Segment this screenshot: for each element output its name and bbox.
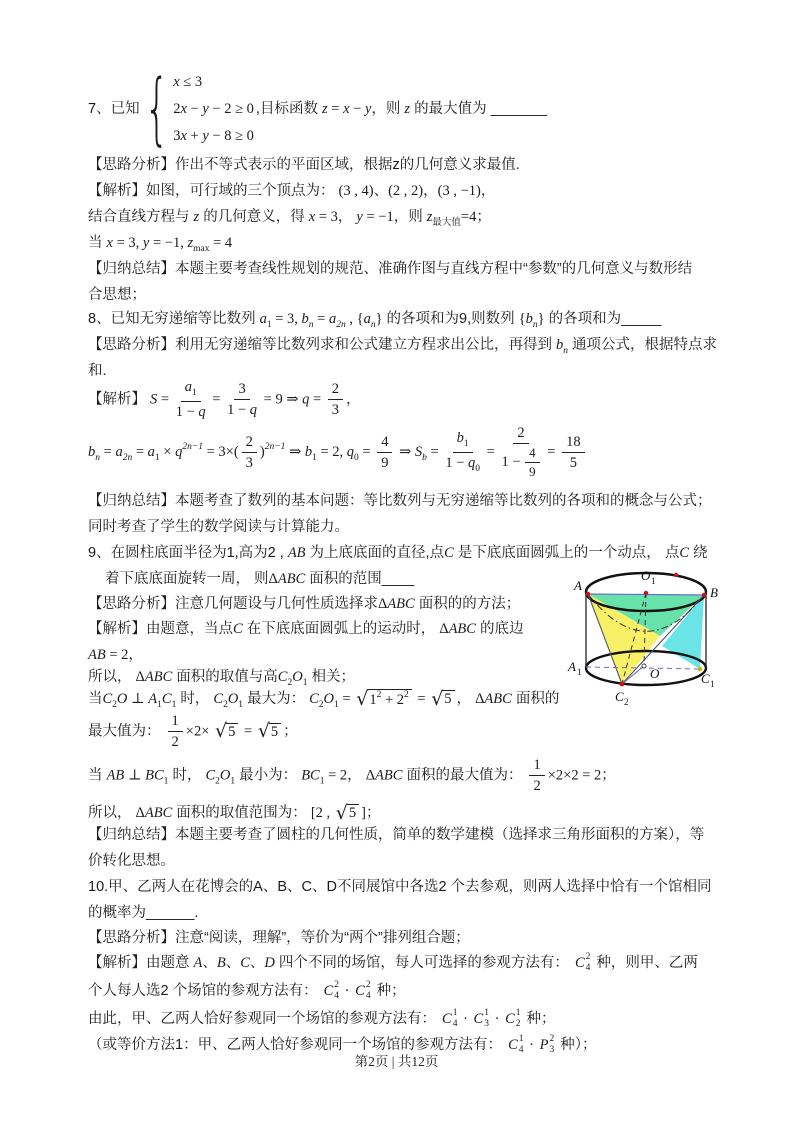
document-page: 7、已知{x ≤ 32x − y − 2 ≥ 03x + y − 8 ≥ 0,目…	[0, 0, 793, 1122]
q10-analysis: 【思路分析】注意“阅读，理解”，等价为“两个”排列组合题；	[88, 925, 470, 951]
label-b: B	[710, 585, 718, 600]
label-c1: C	[701, 671, 710, 686]
q9-analysis: 【思路分析】注意几何题设与几何性质选择求ΔABC 面积的的方法；	[88, 591, 520, 617]
dot-c2	[620, 682, 625, 687]
dot-a	[586, 592, 590, 596]
label-o1: O	[641, 568, 651, 583]
q7-summary-2: 合思想；	[88, 282, 146, 308]
q10-solution-1: 【解析】由题意 A、B、C、D 四个不同的场馆，每人可选择的参观方法有： C24…	[88, 950, 698, 976]
label-c1-sub: 1	[710, 679, 715, 689]
q8-analysis-1: 【思路分析】利用无穷递缩等比数列求和公式建立方程求出公比，再得到 bn 通项公式…	[88, 332, 717, 364]
q10-problem-1: 10.甲、乙两人在花博会的A、B、C、D不同展馆中各选2 个去参观，则两人选择中…	[88, 874, 712, 900]
page-footer: 第2页 | 共12页	[0, 1050, 793, 1070]
q8-summary-2: 同时考查了学生的数学阅读与计算能力。	[88, 514, 349, 540]
dot-b	[702, 593, 706, 597]
q7-solution-1: 【解析】如图，可行域的三个顶点为： (3 , 4)、(2 , 2)，(3 , −…	[88, 178, 495, 204]
q9-solution-1: 【解析】由题意，当点C 在下底底面圆弧上的运动时， ΔABC 的底边	[88, 616, 523, 642]
q9-problem-2: 着下底底面旋转一周， 则ΔABC 面积的范围____	[105, 566, 414, 592]
q9-solution-5: 最大值为： 12×2× √5 = √5；	[88, 712, 298, 751]
q8-solution-1: 【解析】 S = a11 − q = 31 − q = 9 ⇒ q = 23，	[88, 378, 361, 421]
label-a: A	[573, 578, 582, 593]
cylinder-figure-svg: A O 1 B A 1 O C 1 C 2	[558, 564, 793, 719]
q7-problem: 7、已知{x ≤ 32x − y − 2 ≥ 03x + y − 8 ≥ 0,目…	[88, 70, 547, 148]
q9-solution-6: 当 AB ⊥ BC1 时， C2O1 最小为： BC1 = 2， ΔABC 面积…	[88, 756, 616, 795]
bottom-ellipse	[586, 651, 706, 685]
label-a1-sub: 1	[577, 667, 582, 677]
q9-summary-1: 【归纳总结】本题主要考查了圆柱的几何性质，简单的数学建模（选择求三角形面积的方案…	[88, 822, 704, 848]
q9-summary-2: 价转化思想。	[88, 848, 175, 874]
label-o: O	[650, 666, 660, 681]
q7-analysis: 【思路分析】作出不等式表示的平面区域，根据z的几何意义求最值.	[88, 152, 520, 178]
dot-o	[642, 664, 646, 668]
dot-top-arc	[674, 573, 678, 577]
cylinder-figure: A O 1 B A 1 O C 1 C 2	[558, 564, 793, 719]
q8-summary-1: 【归纳总结】本题考查了数列的基本问题：等比数列与无穷递缩等比数列的各项和的概念与…	[88, 488, 712, 514]
q8-solution-2: bn = a2n = a1 × q2n−1 = 3×(23)2n−1 ⇒ b1 …	[88, 424, 588, 481]
q10-problem-2: 的概率为______.	[88, 900, 198, 926]
q10-solution-2: 个人每人选2 个场馆的参观方法有： C24 · C24 种；	[88, 978, 406, 1004]
label-c2: C	[615, 689, 624, 704]
label-a1: A	[567, 659, 576, 674]
q7-summary-1: 【归纳总结】本题主要考查线性规划的规范、准确作图与直线方程中“参数”的几何意义与…	[88, 256, 692, 282]
q10-solution-3: 由此，甲、乙两人恰好参观同一个场馆的参观方法有： C14 · C13 · C12…	[88, 1006, 556, 1032]
dot-o1	[644, 591, 648, 595]
label-o1-sub: 1	[651, 576, 656, 586]
q9-problem-1: 9、在圆柱底面半径为1,高为2 , AB 为上底底面的直径,点C 是下底底面圆弧…	[88, 540, 708, 566]
label-c2-sub: 2	[624, 697, 629, 707]
